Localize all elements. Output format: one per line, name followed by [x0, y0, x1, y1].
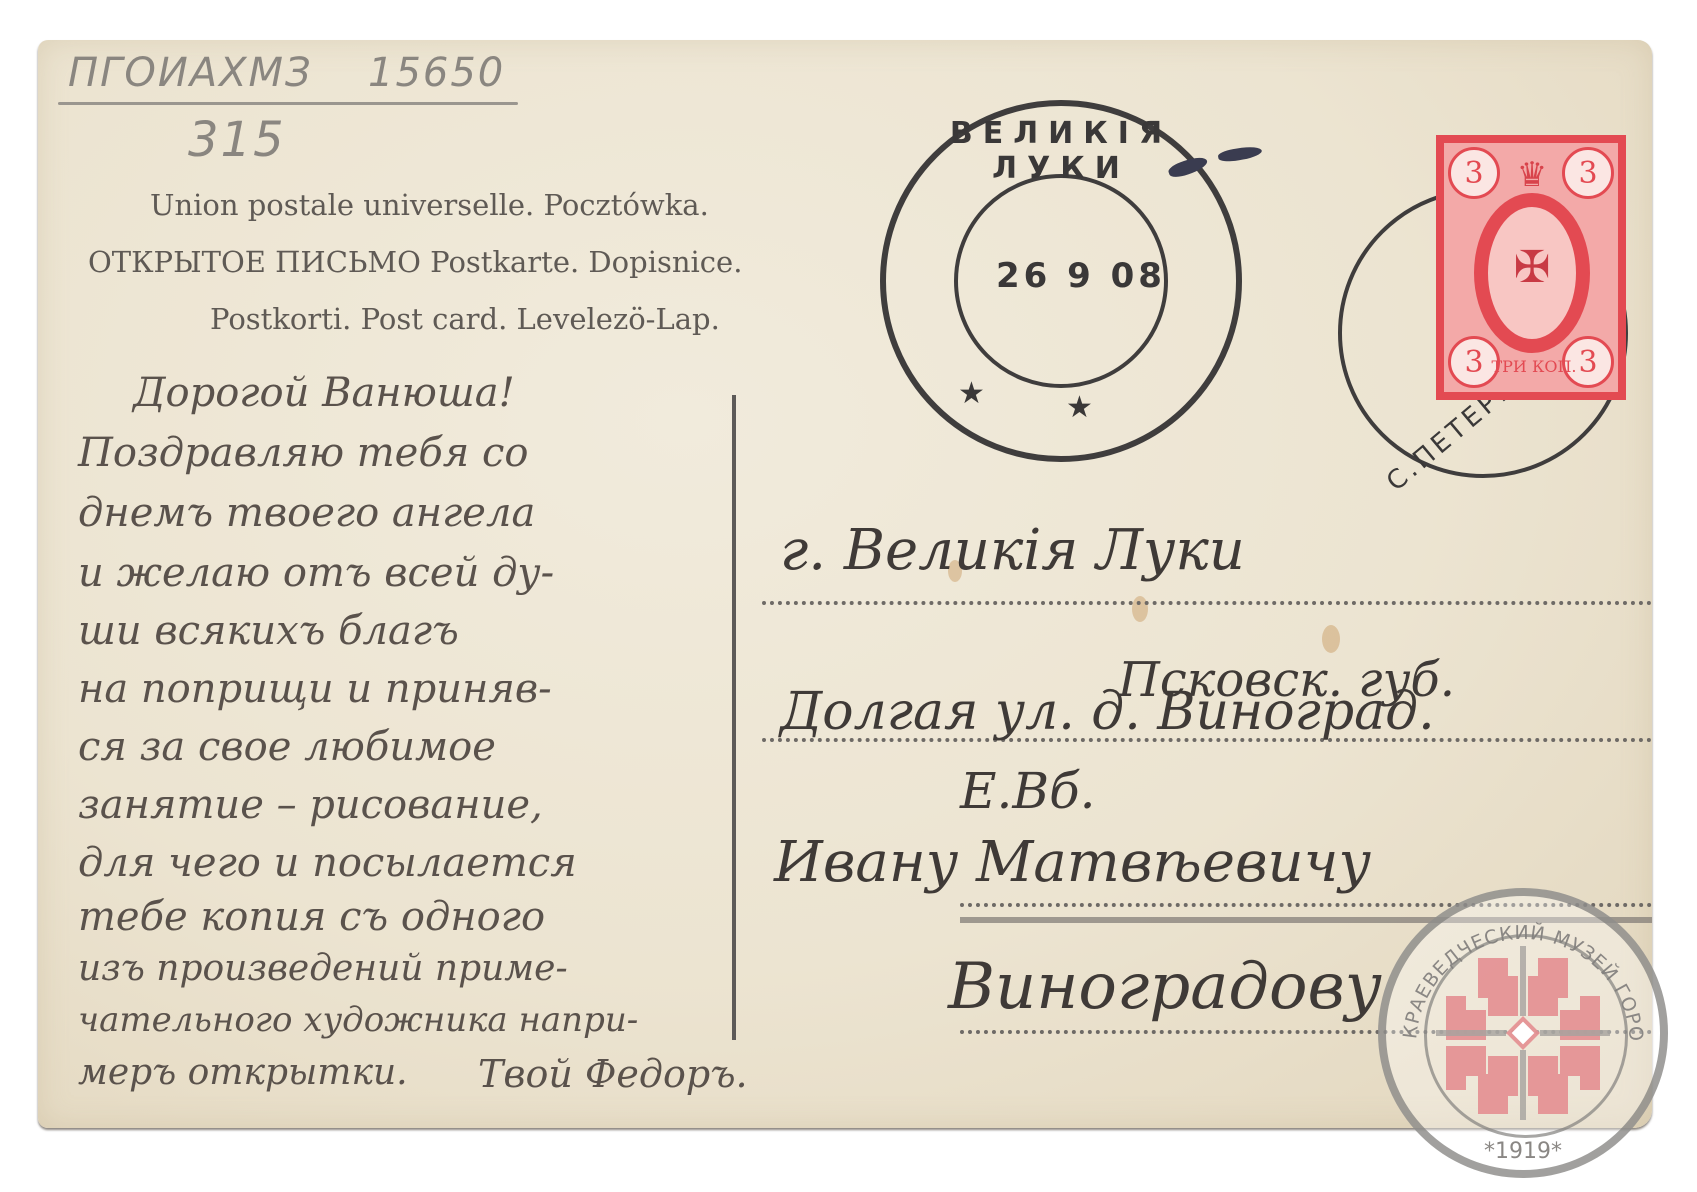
letter-line: Поздравляю тебя со: [78, 430, 528, 476]
crown-icon: ♛: [1510, 155, 1554, 191]
letter-line: на поприщи и приняв-: [78, 666, 552, 712]
archive-code: ПГОИАХМЗ: [68, 50, 313, 96]
star-icon: ★: [958, 376, 985, 411]
printed-header-line-2: ОТКРЫТОЕ ПИСЬМО Postkarte. Dopisnice.: [88, 245, 742, 279]
foxing-stain: [1322, 625, 1340, 653]
printed-header-line-3: Postkorti. Post card. Levelezö-Lap.: [210, 302, 720, 336]
letter-line: ся за свое любимое: [78, 724, 496, 770]
letter-line: ши всякихъ благъ: [78, 608, 459, 654]
museum-seal: КРАЕВЕДЧЕСКИЙ МУЗЕЙ ГОРОДА ВЕЛИКИЕ ЛУКИ: [1378, 888, 1668, 1178]
address-city: г. Великія Луки: [780, 518, 1245, 583]
address-street: Долгая ул. д. Виноград.: [780, 682, 1435, 742]
archive-sub-number: 315: [188, 112, 286, 168]
letter-line: изъ произведений приме-: [78, 948, 568, 989]
letter-line: для чего и посылается: [78, 840, 577, 886]
star-icon: ★: [1066, 390, 1093, 425]
letter-line: меръ открытки.: [78, 1052, 408, 1093]
stamp-denomination: ТРИ КОП.: [1484, 357, 1584, 376]
stamp-corner-value: 3: [1448, 147, 1500, 199]
seal-year: *1919*: [1386, 1139, 1660, 1164]
ink-blot: [1217, 144, 1262, 163]
address-recipient: Ивану Матвѣевичу: [774, 830, 1371, 895]
letter-line: и желаю отъ всей ду-: [78, 550, 554, 596]
letter-line: занятие – рисование,: [78, 782, 543, 828]
archive-number: 15650: [368, 50, 505, 96]
letter-line: тебе копия съ одного: [78, 894, 545, 940]
address-line-1: [762, 601, 1652, 605]
letter-line: Дорогой Ванюша!: [133, 370, 515, 416]
letter-line: днемъ твоего ангела: [78, 490, 535, 536]
seal-inner-ring: [1424, 934, 1628, 1138]
postage-stamp: 3 3 3 3 ♛ ✠ ТРИ КОП.: [1436, 135, 1626, 400]
message-address-divider: [732, 395, 736, 1040]
postmark-velikie-luki: ВЕЛИКІЯ ЛУКИ 26 9 08 ★ ★: [880, 100, 1242, 462]
double-headed-eagle-icon: ✠: [1506, 238, 1558, 298]
letter-signature: Твой Федоръ.: [478, 1052, 748, 1096]
archive-underline: [58, 102, 518, 105]
postmark-town: ВЕЛИКІЯ ЛУКИ: [922, 116, 1200, 186]
printed-header-line-1: Union postale universelle. Pocztówka.: [150, 188, 709, 222]
letter-line: чательного художника напри-: [78, 1000, 638, 1040]
address-honorific: Е.Вб.: [960, 762, 1096, 820]
stamp-corner-value: 3: [1562, 147, 1614, 199]
address-surname: Виноградову: [948, 950, 1382, 1024]
foxing-stain: [1132, 596, 1148, 622]
postcard-back: ПГОИАХМЗ 15650 315 Union postale univers…: [38, 40, 1652, 1128]
postmark-date: 26 9 08: [996, 256, 1166, 296]
